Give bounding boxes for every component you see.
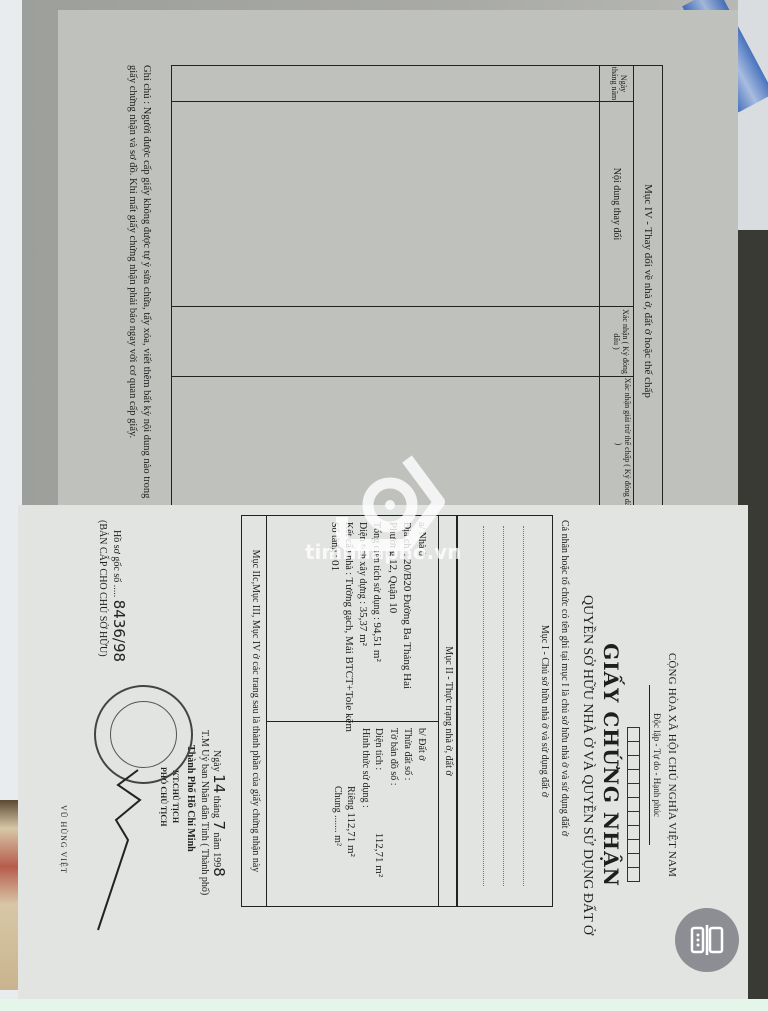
total-area-value: 94,51 m² xyxy=(371,622,383,661)
owner-section: Mục I - Chủ sở hữu nhà ở và sử dụng đất … xyxy=(456,515,553,907)
serial-boxes xyxy=(627,727,640,881)
motto: Độc lập - Tự do - Hạnh phúc xyxy=(652,565,662,965)
date-prefix: Ngày xyxy=(211,750,222,772)
certificate-page: CỘNG HÒA XÃ HỘI CHỦ NGHĨA VIỆT NAM Độc l… xyxy=(18,505,748,1005)
usage-label: Hình thức sử dụng : xyxy=(360,728,371,808)
map-sheet-label: Tờ bản đồ số : xyxy=(388,728,399,786)
col-release: Xác nhận giải trừ thế chấp ( Ký đóng dấu… xyxy=(614,377,632,511)
authority-line1: T.M Uỷ ban Nhân dân Tỉnh ( Thành phố) xyxy=(199,730,210,895)
certificate-subtitle: QUYỀN SỞ HỮU NHÀ Ở VÀ QUYỀN SỬ DỤNG ĐẤT … xyxy=(579,525,595,1005)
date-month: 7 xyxy=(210,820,228,830)
reader-mode-button[interactable] xyxy=(675,908,739,972)
date-day: 14 xyxy=(210,774,228,793)
col-confirm: Xác nhận ( Ký đóng dấu ) xyxy=(612,307,630,376)
built-area-value: 35,37 m² xyxy=(357,607,369,646)
file-number: 8436/98 xyxy=(110,600,128,662)
date-year-label: năm 199 xyxy=(211,833,222,868)
watermark-brand: timnhapho.vn xyxy=(305,540,461,564)
bottom-strip xyxy=(0,999,768,1011)
date-month-label: tháng xyxy=(211,796,222,818)
authority-line2: Thành Phố Hồ Chí Minh xyxy=(185,745,196,852)
reader-mode-icon xyxy=(690,925,724,955)
file-label: Hồ sơ gốc số xyxy=(111,530,122,582)
signer-name: VŨ HÙNG VIỆT xyxy=(59,805,68,874)
section1-title: Mục I - Chủ sở hữu nhà ở và sử dụng đất … xyxy=(539,516,550,906)
address-value: 20/B20 Đường Ba Tháng Hai xyxy=(401,559,413,689)
private-label: Riêng xyxy=(345,786,356,810)
section4-title: Mục IV - Thay đổi về nhà ở, đất ở hoặc t… xyxy=(642,156,654,426)
date-year: 8 xyxy=(210,867,228,877)
shared-value: m² xyxy=(332,835,343,846)
signer-title1: KT.CHỦ TỊCH xyxy=(171,770,180,823)
col-date: Ngày tháng năm xyxy=(610,66,628,101)
land-area-label: Diện tích : xyxy=(373,728,384,770)
land-area-value: 112,71 m² xyxy=(373,833,385,877)
certificate-title: GIẤY CHỨNG NHẬN xyxy=(599,565,623,965)
land-heading: b/ Đất ở xyxy=(416,728,427,761)
footer-note: Mục IIc,Mục III, Mục IV ở các trang sau … xyxy=(250,516,261,906)
certificate-note: Ghi chú : Người được cấp giấy không được… xyxy=(125,65,153,505)
country-header: CỘNG HÒA XÃ HỘI CHỦ NGHĨA VIỆT NAM xyxy=(666,565,678,965)
parcel-label: Thửa đất số : xyxy=(402,728,413,780)
status-section: Mục II - Thực trạng nhà ở, đất ở a/ Nhà … xyxy=(241,515,458,907)
intro-text: Cá nhân hoặc tổ chức có tên ghi tại mục … xyxy=(559,520,570,836)
copy-note: (BẢN CẤP CHO CHỦ SỞ HỮU) xyxy=(97,520,108,657)
col-content: Nội dung thay đổi xyxy=(611,102,622,306)
private-value: 112,71 m² xyxy=(345,812,357,856)
structure-value: Tường gạch, Mái BTCT+Tole kẽm xyxy=(343,578,355,732)
shared-label: Chung xyxy=(332,786,343,813)
section2-title: Mục II - Thực trạng nhà ở, đất ở xyxy=(443,516,454,906)
signature xyxy=(78,760,158,940)
